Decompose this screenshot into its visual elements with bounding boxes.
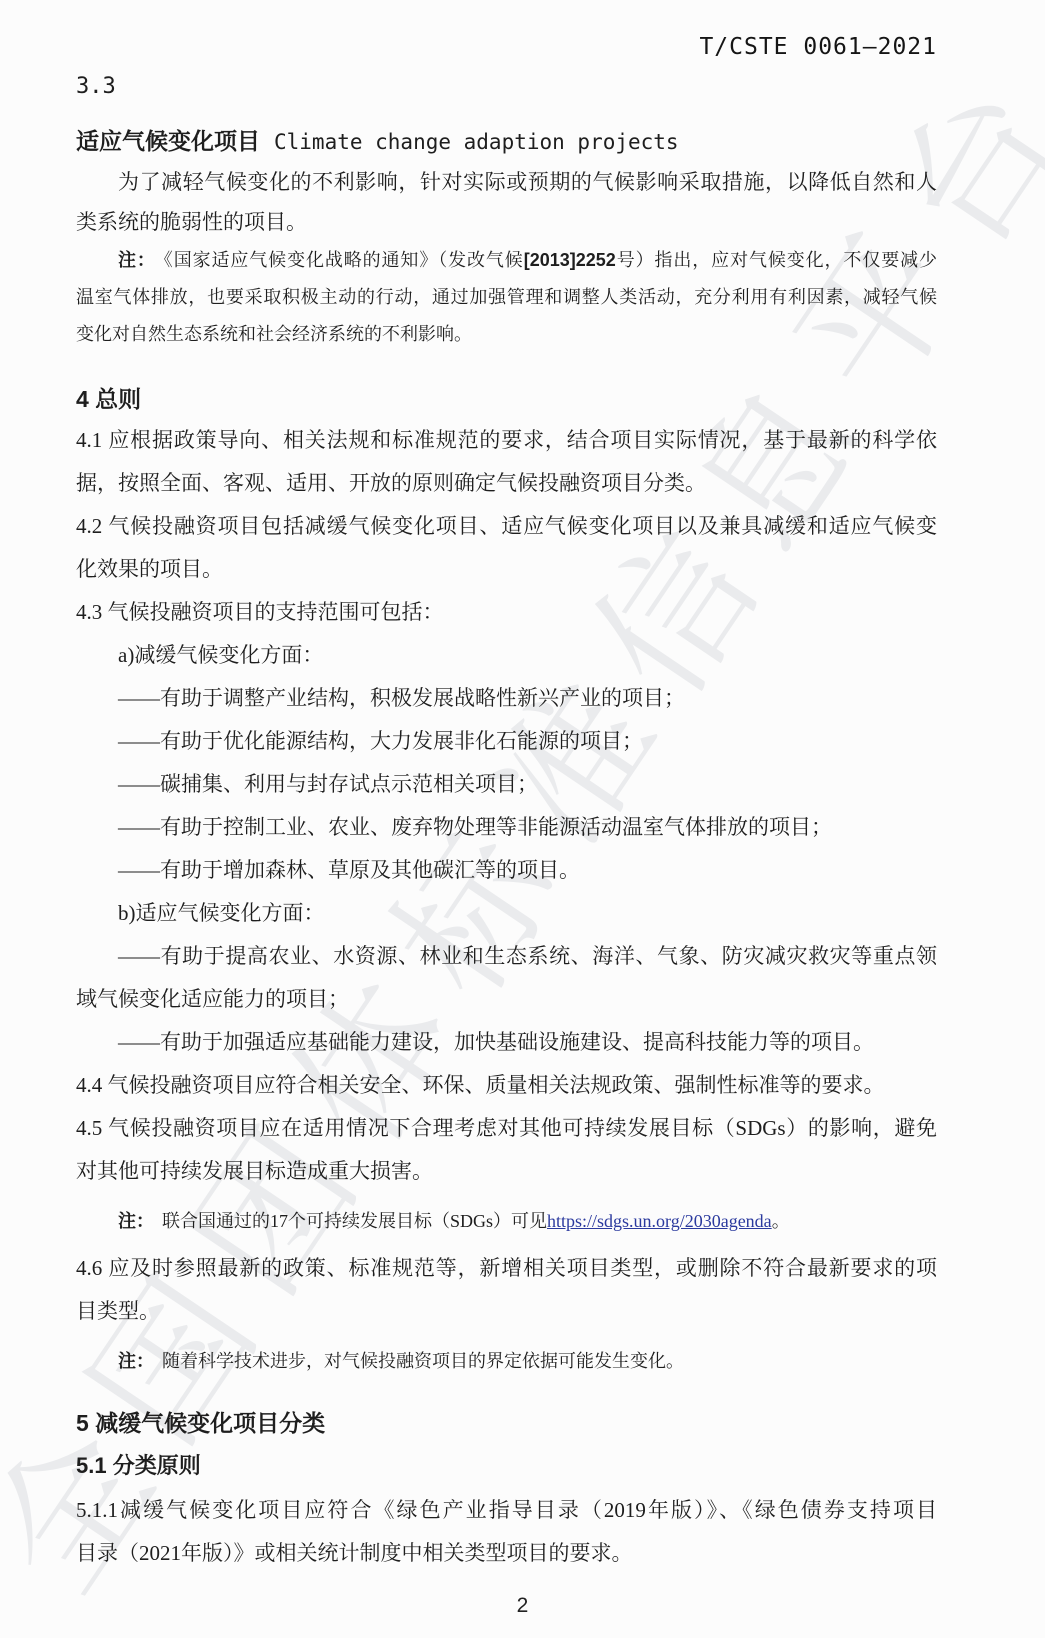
clause-4-6-line-2: 目类型。 — [76, 1290, 937, 1333]
dash-item-2: ——有助于优化能源结构，大力发展非化石能源的项目； — [76, 720, 937, 763]
note2-text-end: 。 — [772, 1211, 790, 1231]
dash-item-6-line-2: 域气候变化适应能力的项目； — [76, 978, 937, 1021]
note1-line-2: 温室气体排放，也要采取积极主动的行动，通过加强管理和调整人类活动，充分利用有利因… — [76, 279, 937, 316]
definition-line-1: 为了减轻气候变化的不利影响，针对实际或预期的气候影响采取措施，以降低自然和人 — [76, 162, 937, 202]
clause-5-1-1-line-1: 5.1.1减缓气候变化项目应符合《绿色产业指导目录（2019年版）》、《绿色债券… — [76, 1489, 937, 1532]
dash-item-5: ——有助于增加森林、草原及其他碳汇等的项目。 — [76, 849, 937, 892]
note1-line-1: 注：《国家适应气候变化战略的通知》（发改气候[2013]2252号）指出，应对气… — [76, 242, 937, 279]
list-item-b: b)适应气候变化方面： — [76, 892, 937, 935]
clause-4-6-line-1: 4.6 应及时参照最新的政策、标准规范等，新增相关项目类型，或删除不符合最新要求… — [76, 1247, 937, 1290]
term-en: Climate change adaption projects — [274, 130, 679, 154]
section-5-1-heading: 5.1 分类原则 — [76, 1445, 937, 1487]
definition-line-2: 类系统的脆弱性的项目。 — [76, 202, 937, 242]
clause-4-5-line-1: 4.5 气候投融资项目应在适用情况下合理考虑对其他可持续发展目标（SDGs）的影… — [76, 1107, 937, 1150]
note1-doc-number: [2013]2252 — [524, 250, 616, 270]
note2-label: 注： — [118, 1211, 154, 1231]
standard-reference-header: T/CSTE 0061—2021 — [76, 34, 937, 60]
clause-number-3-3: 3.3 — [76, 72, 937, 102]
clause-5-1-1-line-2: 目录（2021年版）》或相关统计制度中相关类型项目的要求。 — [76, 1532, 937, 1575]
clause-4-4: 4.4 气候投融资项目应符合相关安全、环保、质量相关法规政策、强制性标准等的要求… — [76, 1064, 937, 1107]
note1-text-a: 《国家适应气候变化战略的通知》（发改气候 — [164, 250, 524, 270]
note1-label: 注： — [118, 250, 156, 270]
note3-line: 注：随着科学技术进步，对气候投融资项目的界定依据可能发生变化。 — [76, 1341, 937, 1381]
note1-text-c: 号）指出，应对气候变化，不仅要减少 — [616, 250, 937, 270]
list-item-a: a)减缓气候变化方面： — [76, 634, 937, 677]
page-content: T/CSTE 0061—2021 3.3 适应气候变化项目Climate cha… — [0, 0, 1045, 1575]
note2-text: 联合国通过的17个可持续发展目标（SDGs）可见 — [162, 1211, 547, 1231]
section-4-heading: 4 总则 — [76, 379, 937, 419]
term-heading: 适应气候变化项目Climate change adaption projects — [76, 124, 937, 158]
section-5-heading: 5 减缓气候变化项目分类 — [76, 1403, 937, 1443]
clause-4-1-line-2: 据，按照全面、客观、适用、开放的原则确定气候投融资项目分类。 — [76, 462, 937, 505]
dash-item-6-line-1: ——有助于提高农业、水资源、林业和生态系统、海洋、气象、防灾减灾救灾等重点领 — [76, 935, 937, 978]
clause-4-3: 4.3 气候投融资项目的支持范围可包括： — [76, 591, 937, 634]
dash-item-4: ——有助于控制工业、农业、废弃物处理等非能源活动温室气体排放的项目； — [76, 806, 937, 849]
clause-4-5-line-2: 对其他可持续发展目标造成重大损害。 — [76, 1150, 937, 1193]
clause-4-1-line-1: 4.1 应根据政策导向、相关法规和标准规范的要求，结合项目实际情况，基于最新的科… — [76, 419, 937, 462]
note3-label: 注： — [118, 1351, 154, 1371]
clause-4-2-line-2: 化效果的项目。 — [76, 548, 937, 591]
note1-line-3: 变化对自然生态系统和社会经济系统的不利影响。 — [76, 316, 937, 353]
clause-4-2-line-1: 4.2 气候投融资项目包括减缓气候变化项目、适应气候变化项目以及兼具减缓和适应气… — [76, 505, 937, 548]
document-page: 全国团体标准信息平台 T/CSTE 0061—2021 3.3 适应气候变化项目… — [0, 0, 1045, 1638]
dash-item-1: ——有助于调整产业结构，积极发展战略性新兴产业的项目； — [76, 677, 937, 720]
page-number: 2 — [0, 1594, 1045, 1618]
dash-item-7: ——有助于加强适应基础能力建设，加快基础设施建设、提高科技能力等的项目。 — [76, 1021, 937, 1064]
sdgs-agenda-link[interactable]: https://sdgs.un.org/2030agenda — [547, 1211, 772, 1231]
note3-text: 随着科学技术进步，对气候投融资项目的界定依据可能发生变化。 — [162, 1351, 684, 1371]
note2-line: 注：联合国通过的17个可持续发展目标（SDGs）可见https://sdgs.u… — [76, 1201, 937, 1241]
term-zh: 适应气候变化项目 — [76, 128, 260, 154]
dash-item-3: ——碳捕集、利用与封存试点示范相关项目； — [76, 763, 937, 806]
